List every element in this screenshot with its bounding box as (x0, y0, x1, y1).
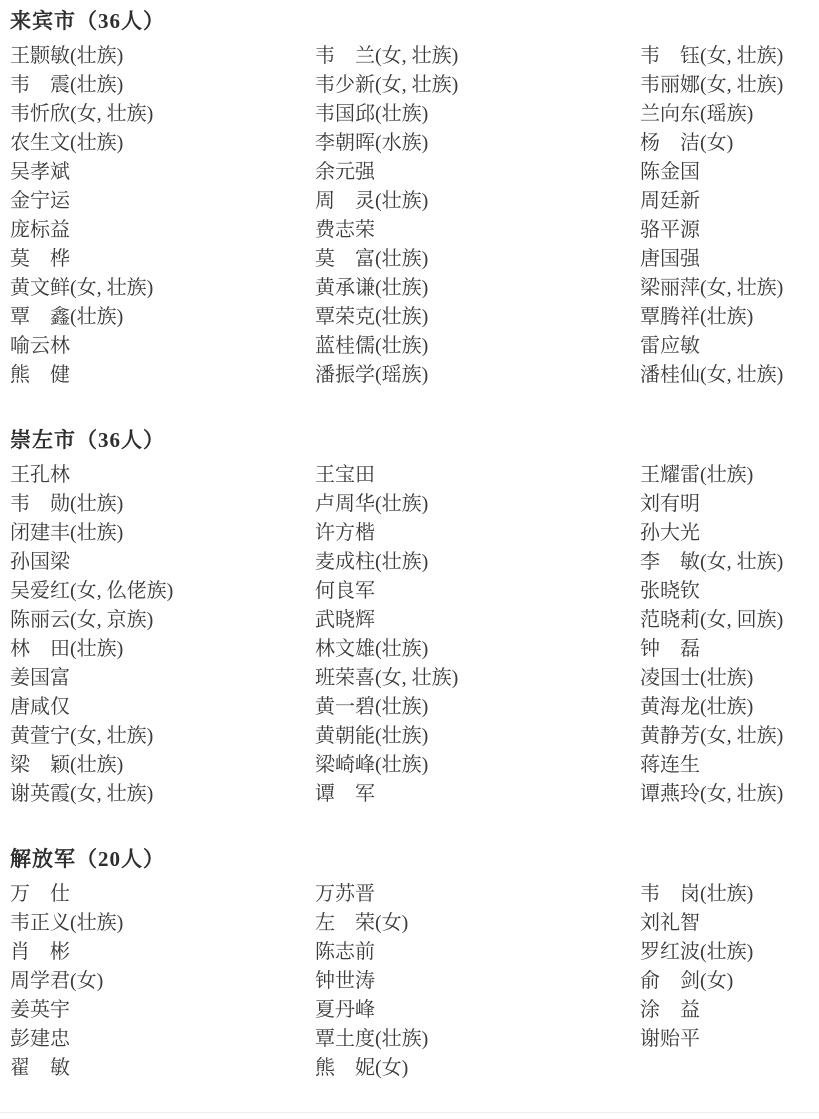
person-name: 韦 震(壮族) (10, 71, 315, 100)
name-row: 韦正义(壮族)左 荣(女)刘礼智 (10, 909, 819, 938)
name-row: 彭建忠覃土度(壮族)谢贻平 (10, 1025, 819, 1054)
person-name: 钟 磊 (640, 635, 819, 664)
person-name: 闭建丰(壮族) (10, 519, 315, 548)
person-name: 陈丽云(女, 京族) (10, 606, 315, 635)
person-name: 俞 剑(女) (640, 967, 819, 996)
person-name: 韦正义(壮族) (10, 909, 315, 938)
person-name: 谢英霞(女, 壮族) (10, 780, 315, 809)
person-name: 周 灵(壮族) (315, 187, 640, 216)
name-row: 姜国富班荣喜(女, 壮族)凌国士(壮族) (10, 664, 819, 693)
person-name: 周廷新 (640, 187, 819, 216)
person-name: 兰向东(瑶族) (640, 100, 819, 129)
person-name: 夏丹峰 (315, 996, 640, 1025)
person-name: 万苏晋 (315, 880, 640, 909)
name-row: 谢英霞(女, 壮族)谭 军谭燕玲(女, 壮族) (10, 780, 819, 809)
person-name: 王颢敏(壮族) (10, 42, 315, 71)
person-name: 凌国士(壮族) (640, 664, 819, 693)
person-name: 钟世涛 (315, 967, 640, 996)
person-name: 唐咸仅 (10, 693, 315, 722)
person-name: 庞标益 (10, 216, 315, 245)
section-title: 解放军（20人） (10, 845, 819, 874)
person-name: 梁 颖(壮族) (10, 751, 315, 780)
name-row: 庞标益费志荣骆平源 (10, 216, 819, 245)
name-row: 韦 勋(壮族)卢周华(壮族)刘有明 (10, 490, 819, 519)
person-name: 肖 彬 (10, 938, 315, 967)
person-name: 姜英宇 (10, 996, 315, 1025)
person-name: 吴爱红(女, 仫佬族) (10, 577, 315, 606)
name-row: 农生文(壮族)李朝晖(水族)杨 洁(女) (10, 129, 819, 158)
name-row: 孙国梁麦成柱(壮族)李 敏(女, 壮族) (10, 548, 819, 577)
person-name: 吴孝斌 (10, 158, 315, 187)
person-name: 姜国富 (10, 664, 315, 693)
person-name: 左 荣(女) (315, 909, 640, 938)
person-name: 谭燕玲(女, 壮族) (640, 780, 819, 809)
person-name: 黄朝能(壮族) (315, 722, 640, 751)
person-name: 林 田(壮族) (10, 635, 315, 664)
person-name: 王孔林 (10, 461, 315, 490)
person-name: 韦丽娜(女, 壮族) (640, 71, 819, 100)
person-name: 班荣喜(女, 壮族) (315, 664, 640, 693)
person-name: 潘桂仙(女, 壮族) (640, 361, 819, 390)
person-name: 韦少新(女, 壮族) (315, 71, 640, 100)
person-name: 陈金国 (640, 158, 819, 187)
person-name: 彭建忠 (10, 1025, 315, 1054)
person-name: 蓝桂儒(壮族) (315, 332, 640, 361)
person-name: 覃土度(壮族) (315, 1025, 640, 1054)
name-row: 黄文鲜(女, 壮族)黄承谦(壮族)梁丽萍(女, 壮族) (10, 274, 819, 303)
name-row: 肖 彬陈志前罗红波(壮族) (10, 938, 819, 967)
name-row: 梁 颖(壮族)梁崎峰(壮族)蒋连生 (10, 751, 819, 780)
name-row: 陈丽云(女, 京族)武晓辉范晓莉(女, 回族) (10, 606, 819, 635)
person-name: 张晓钦 (640, 577, 819, 606)
name-row: 唐咸仅黄一碧(壮族)黄海龙(壮族) (10, 693, 819, 722)
person-name: 黄一碧(壮族) (315, 693, 640, 722)
person-name: 黄海龙(壮族) (640, 693, 819, 722)
person-name: 罗红波(壮族) (640, 938, 819, 967)
person-name: 韦 勋(壮族) (10, 490, 315, 519)
person-name: 麦成柱(壮族) (315, 548, 640, 577)
person-name: 覃 鑫(壮族) (10, 303, 315, 332)
person-name: 黄萱宁(女, 壮族) (10, 722, 315, 751)
section-laibin: 来宾市（36人）王颢敏(壮族)韦 兰(女, 壮族)韦 钰(女, 壮族)韦 震(壮… (10, 7, 819, 390)
section-chongzuo: 崇左市（36人）王孔林王宝田王耀雷(壮族)韦 勋(壮族)卢周华(壮族)刘有明闭建… (10, 426, 819, 809)
bottom-divider (0, 1112, 819, 1113)
person-name: 武晓辉 (315, 606, 640, 635)
name-row: 翟 敏熊 妮(女) (10, 1054, 819, 1083)
name-row: 吴孝斌余元强陈金国 (10, 158, 819, 187)
person-name: 涂 益 (640, 996, 819, 1025)
section-title: 崇左市（36人） (10, 426, 819, 455)
name-row: 熊 健潘振学(瑶族)潘桂仙(女, 壮族) (10, 361, 819, 390)
name-row: 万 仕万苏晋韦 岗(壮族) (10, 880, 819, 909)
name-row: 韦忻欣(女, 壮族)韦国邱(壮族)兰向东(瑶族) (10, 100, 819, 129)
name-row: 吴爱红(女, 仫佬族)何良军张晓钦 (10, 577, 819, 606)
name-row: 林 田(壮族)林文雄(壮族)钟 磊 (10, 635, 819, 664)
person-name: 卢周华(壮族) (315, 490, 640, 519)
person-name: 谭 军 (315, 780, 640, 809)
person-name: 覃荣克(壮族) (315, 303, 640, 332)
person-name: 周学君(女) (10, 967, 315, 996)
empty-cell (640, 1054, 819, 1083)
person-name: 莫 桦 (10, 245, 315, 274)
person-name: 费志荣 (315, 216, 640, 245)
person-name: 雷应敏 (640, 332, 819, 361)
person-name: 黄静芳(女, 壮族) (640, 722, 819, 751)
person-name: 许方楷 (315, 519, 640, 548)
person-name: 韦 钰(女, 壮族) (640, 42, 819, 71)
person-name: 金宁运 (10, 187, 315, 216)
document-page: 来宾市（36人）王颢敏(壮族)韦 兰(女, 壮族)韦 钰(女, 壮族)韦 震(壮… (0, 0, 819, 1083)
person-name: 梁丽萍(女, 壮族) (640, 274, 819, 303)
person-name: 孙国梁 (10, 548, 315, 577)
name-row: 韦 震(壮族)韦少新(女, 壮族)韦丽娜(女, 壮族) (10, 71, 819, 100)
person-name: 王宝田 (315, 461, 640, 490)
person-name: 陈志前 (315, 938, 640, 967)
person-name: 翟 敏 (10, 1054, 315, 1083)
person-name: 韦国邱(壮族) (315, 100, 640, 129)
name-row: 姜英宇夏丹峰涂 益 (10, 996, 819, 1025)
section-jiefangjun: 解放军（20人）万 仕万苏晋韦 岗(壮族)韦正义(壮族)左 荣(女)刘礼智肖 彬… (10, 845, 819, 1083)
name-row: 周学君(女)钟世涛俞 剑(女) (10, 967, 819, 996)
person-name: 莫 富(壮族) (315, 245, 640, 274)
name-row: 黄萱宁(女, 壮族)黄朝能(壮族)黄静芳(女, 壮族) (10, 722, 819, 751)
person-name: 农生文(壮族) (10, 129, 315, 158)
person-name: 杨 洁(女) (640, 129, 819, 158)
person-name: 韦 岗(壮族) (640, 880, 819, 909)
person-name: 刘有明 (640, 490, 819, 519)
name-row: 喻云林蓝桂儒(壮族)雷应敏 (10, 332, 819, 361)
person-name: 万 仕 (10, 880, 315, 909)
person-name: 谢贻平 (640, 1025, 819, 1054)
person-name: 熊 健 (10, 361, 315, 390)
person-name: 骆平源 (640, 216, 819, 245)
person-name: 唐国强 (640, 245, 819, 274)
person-name: 潘振学(瑶族) (315, 361, 640, 390)
person-name: 范晓莉(女, 回族) (640, 606, 819, 635)
person-name: 刘礼智 (640, 909, 819, 938)
person-name: 韦忻欣(女, 壮族) (10, 100, 315, 129)
name-row: 王颢敏(壮族)韦 兰(女, 壮族)韦 钰(女, 壮族) (10, 42, 819, 71)
name-row: 覃 鑫(壮族)覃荣克(壮族)覃腾祥(壮族) (10, 303, 819, 332)
person-name: 蒋连生 (640, 751, 819, 780)
section-title: 来宾市（36人） (10, 7, 819, 36)
person-name: 余元强 (315, 158, 640, 187)
person-name: 韦 兰(女, 壮族) (315, 42, 640, 71)
person-name: 李朝晖(水族) (315, 129, 640, 158)
person-name: 林文雄(壮族) (315, 635, 640, 664)
name-row: 金宁运周 灵(壮族)周廷新 (10, 187, 819, 216)
person-name: 喻云林 (10, 332, 315, 361)
person-name: 何良军 (315, 577, 640, 606)
person-name: 梁崎峰(壮族) (315, 751, 640, 780)
name-row: 莫 桦莫 富(壮族)唐国强 (10, 245, 819, 274)
name-row: 闭建丰(壮族)许方楷孙大光 (10, 519, 819, 548)
person-name: 熊 妮(女) (315, 1054, 640, 1083)
person-name: 李 敏(女, 壮族) (640, 548, 819, 577)
person-name: 王耀雷(壮族) (640, 461, 819, 490)
person-name: 黄文鲜(女, 壮族) (10, 274, 315, 303)
person-name: 孙大光 (640, 519, 819, 548)
person-name: 黄承谦(壮族) (315, 274, 640, 303)
person-name: 覃腾祥(壮族) (640, 303, 819, 332)
name-row: 王孔林王宝田王耀雷(壮族) (10, 461, 819, 490)
